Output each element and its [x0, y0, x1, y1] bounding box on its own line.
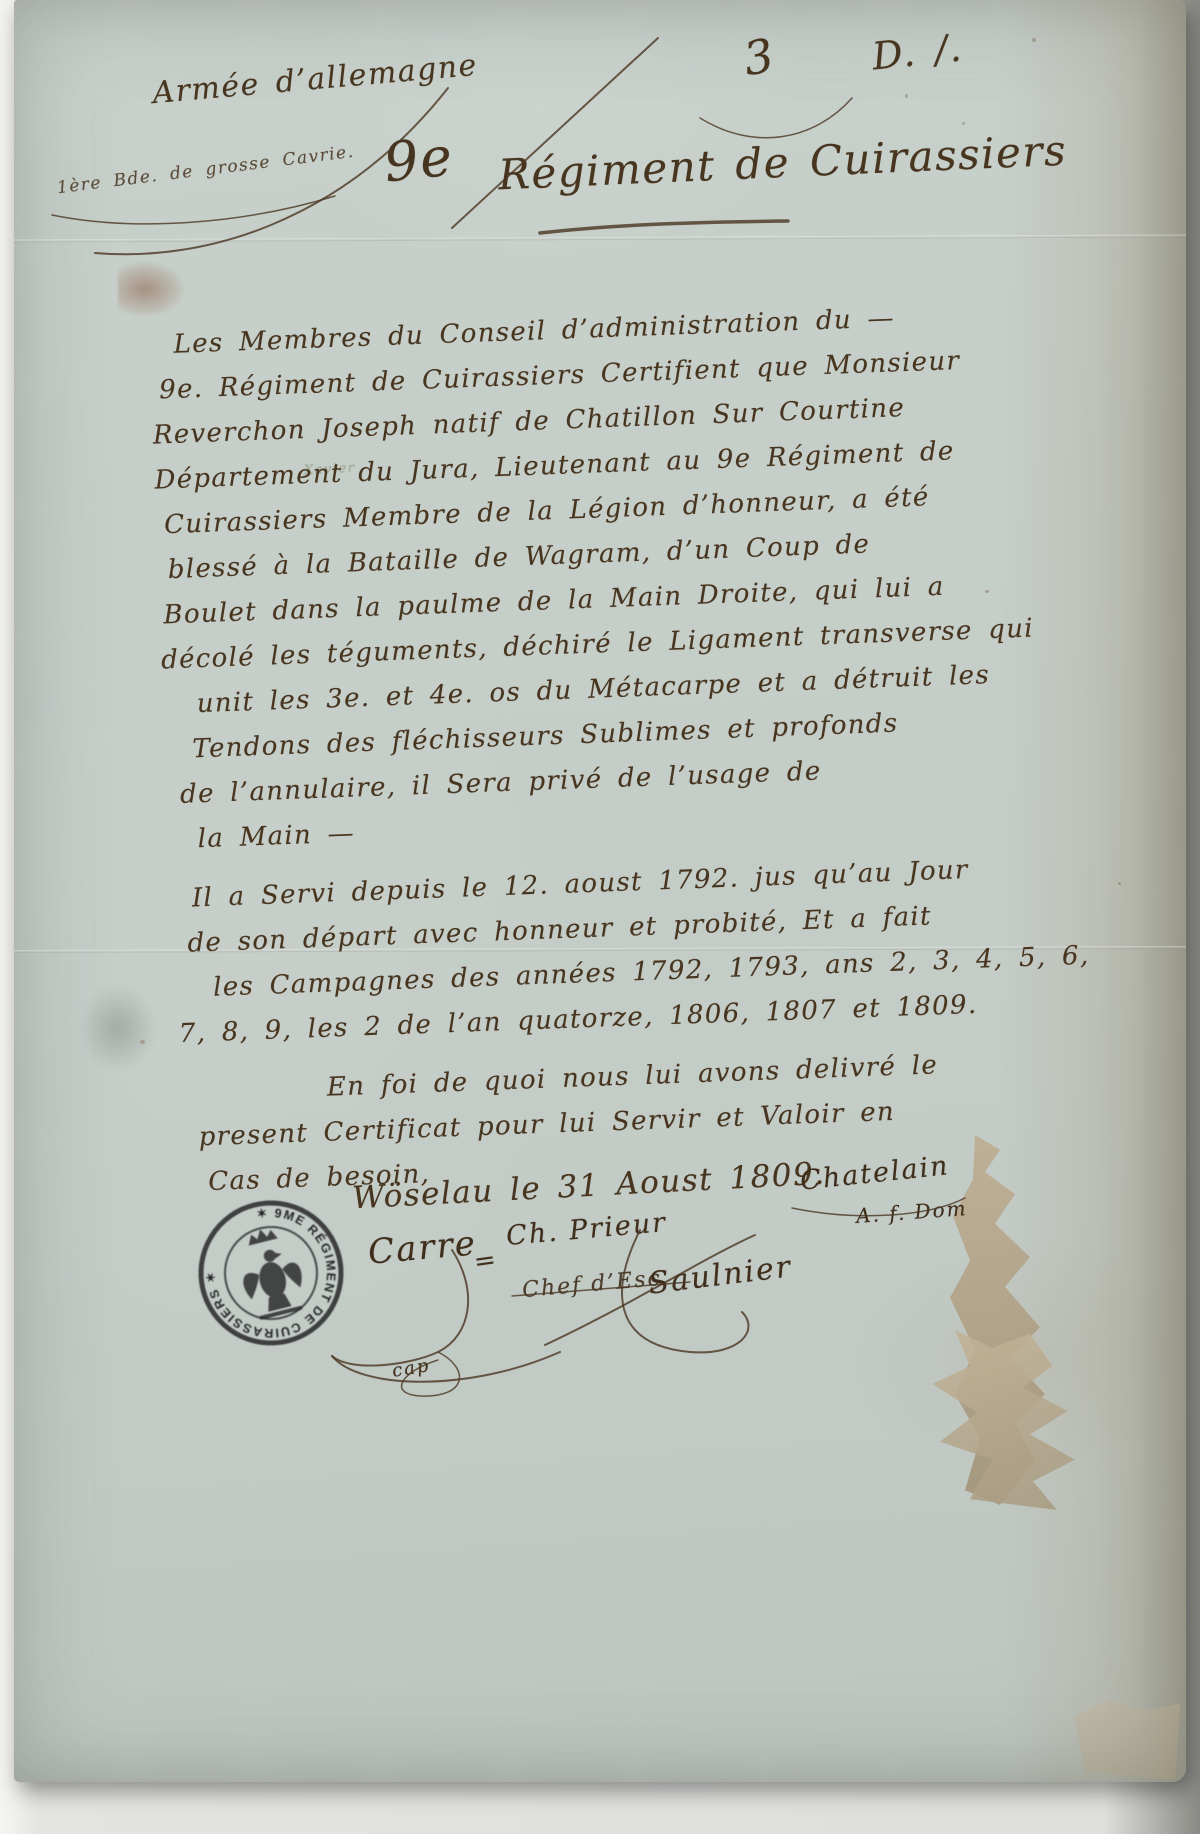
paper-speck: [962, 122, 965, 125]
series-mark: D. /.: [870, 25, 965, 78]
regiment-number: 9e: [381, 125, 457, 195]
paper-speck: [1032, 38, 1036, 42]
paper-speck: [140, 1040, 145, 1044]
paper-aging-edge: [1000, 0, 1186, 1782]
paraph-mark: =: [472, 1244, 500, 1277]
certificate-body: Les Membres du Conseil d’administration …: [149, 301, 1021, 1214]
paper-speck: [905, 94, 908, 98]
paper-speck: [1118, 882, 1121, 885]
document-scan: Armée d’allemagne 1ère Bde. de grosse Ca…: [0, 0, 1200, 1834]
smudge-stain: [80, 985, 156, 1071]
ink-stain: [118, 262, 184, 316]
